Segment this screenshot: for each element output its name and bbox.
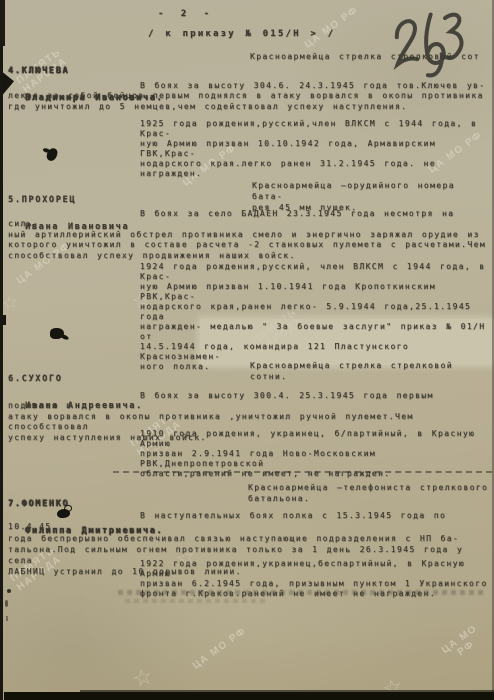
ink-speck bbox=[5, 600, 8, 607]
bleed-through-text-smudge bbox=[125, 599, 265, 603]
page-number: - 2 - bbox=[140, 9, 232, 19]
watermark-tsamo: ЦА МО РФ bbox=[303, 4, 361, 50]
entry-number-surname: 5.ПРОХОРЕЦ bbox=[8, 194, 129, 208]
entry-5-bio: 1924 года рождения,русский, член ВЛКСМ с… bbox=[140, 262, 492, 372]
entry-number-surname: 6.СУХОГО bbox=[8, 373, 143, 387]
entry-4-bio: 1925 года рождения,русский,член ВЛКСМ с … bbox=[140, 119, 492, 179]
ink-blot bbox=[45, 147, 58, 162]
entry-4-citation: В боях за высоту 304.6. 24.3.1945 года т… bbox=[8, 81, 490, 112]
entry-number-surname: 4.КЛЮЧЕВА bbox=[8, 65, 163, 79]
ink-speck bbox=[6, 616, 8, 621]
handwritten-263-strokes bbox=[382, 6, 473, 88]
ink-blot bbox=[50, 328, 64, 339]
scan-edge-corner bbox=[0, 0, 5, 46]
pamyat-naroda-star-icon: ☆ bbox=[130, 664, 156, 693]
scan-edge-bottom bbox=[4, 692, 494, 700]
entry-6-position: Красноармейца стрелка стрелковой сотни. bbox=[250, 361, 492, 383]
entry-5-citation: В боях за село БАДАЕН 23.3.1945 года нес… bbox=[8, 209, 490, 261]
entry-number-surname: 7.ФОМЕНКО bbox=[8, 498, 163, 512]
handwritten-page-number bbox=[382, 6, 473, 88]
watermark-tsamo: ЦА МО РФ bbox=[431, 617, 494, 671]
watermark-tsamo: ЦА МО РФ bbox=[191, 625, 249, 671]
dashed-separator-line bbox=[113, 471, 492, 473]
bleed-through-text-smudge bbox=[118, 590, 484, 595]
scan-edge-left bbox=[0, 0, 3, 700]
pamyat-naroda-star-icon: ☆ bbox=[0, 291, 21, 315]
ink-speck bbox=[7, 589, 11, 593]
entry-7-position: Красноармейца –телефониста стрелкового б… bbox=[248, 483, 492, 505]
order-reference: / к приказу № 015/Н > / bbox=[148, 29, 335, 39]
scanned-document-page: ПАМЯТЬ НАРОДА ЦА МО РФ ЦА МО РФ ЦА МО РФ… bbox=[0, 0, 494, 700]
entry-4-position: Красноармейца стрелка стрелковой сот bbox=[250, 52, 492, 63]
